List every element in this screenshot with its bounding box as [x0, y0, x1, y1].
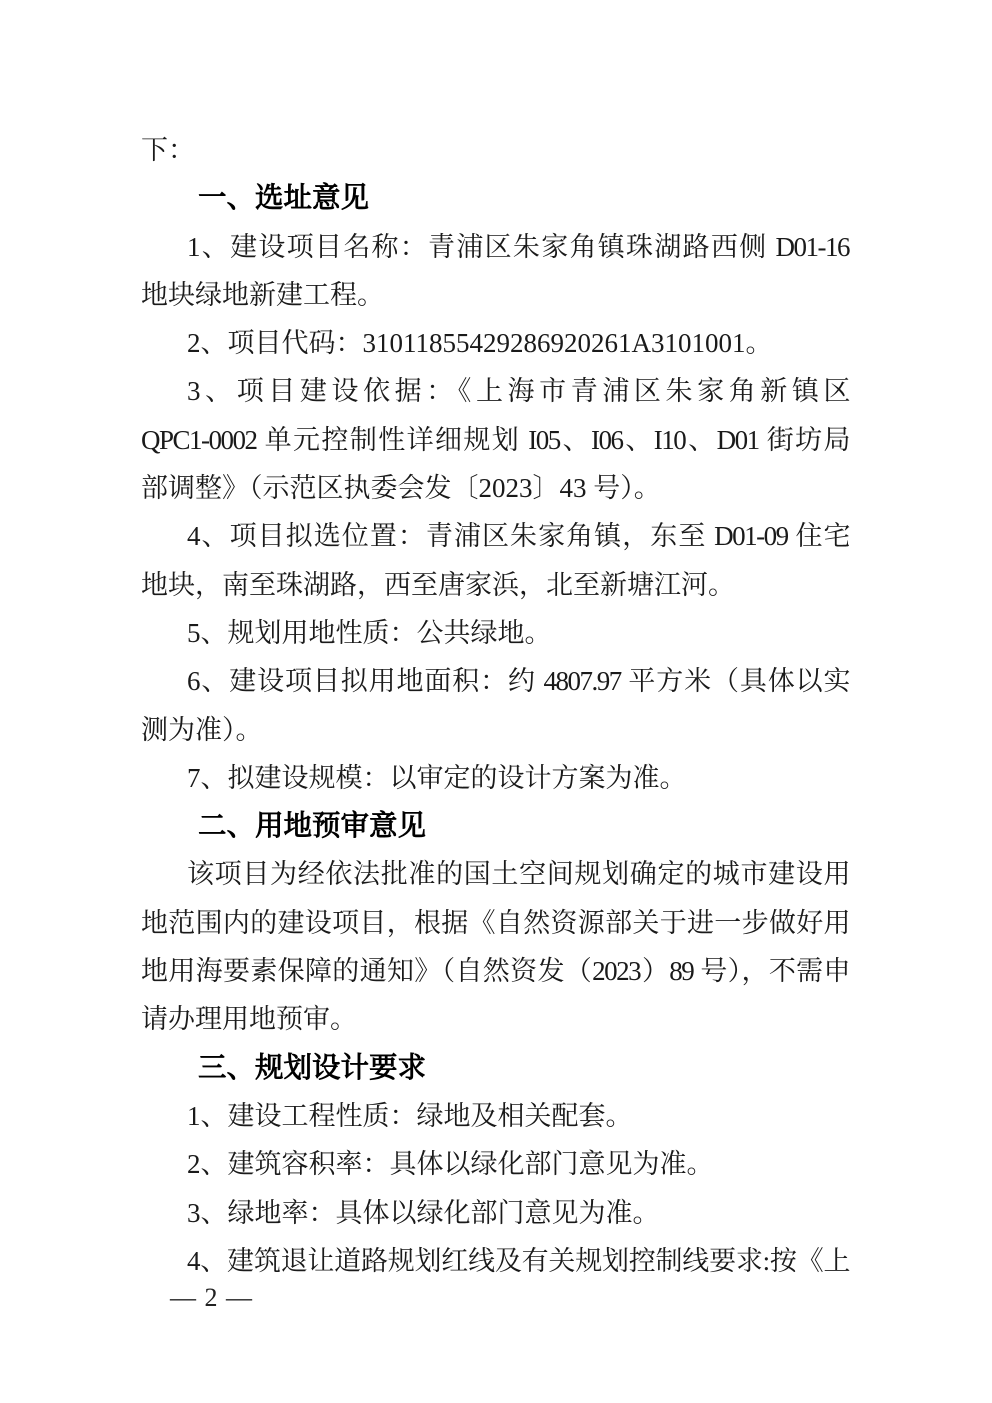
document-line: 地块绿地新建工程。 [141, 271, 849, 319]
document-line: 3、绿地率：具体以绿化部门意见为准。 [141, 1189, 849, 1237]
document-body: 下：一、选址意见1、建设项目名称：青浦区朱家角镇珠湖路西侧 D01-16地块绿地… [141, 126, 849, 1285]
document-line: 测为准）。 [141, 706, 849, 754]
document-line: 地块，南至珠湖路，西至唐家浜，北至新塘江河。 [141, 561, 849, 609]
document-line: 地范围内的建设项目，根据《自然资源部关于进一步做好用 [141, 899, 849, 947]
document-line: 2、建筑容积率：具体以绿化部门意见为准。 [141, 1140, 849, 1188]
document-line: 请办理用地预审。 [141, 995, 849, 1043]
document-line: 3、项目建设依据：《上海市青浦区朱家角新镇区 [141, 367, 849, 415]
document-line: 部调整》（示范区执委会发〔2023〕43 号）。 [141, 464, 849, 512]
section-heading: 二、用地预审意见 [141, 802, 849, 850]
document-line: 下： [141, 126, 849, 174]
document-line: 7、拟建设规模：以审定的设计方案为准。 [141, 754, 849, 802]
document-page: 下：一、选址意见1、建设项目名称：青浦区朱家角镇珠湖路西侧 D01-16地块绿地… [0, 0, 992, 1403]
document-line: 4、建筑退让道路规划红线及有关规划控制线要求:按《上 [141, 1237, 849, 1285]
document-line: 2、项目代码：31011855429286920261A3101001。 [141, 319, 849, 367]
document-line: 4、项目拟选位置：青浦区朱家角镇，东至 D01-09 住宅 [141, 512, 849, 560]
document-line: 1、建设工程性质：绿地及相关配套。 [141, 1092, 849, 1140]
document-line: 6、建设项目拟用地面积：约 4807.97 平方米（具体以实 [141, 657, 849, 705]
document-line: 1、建设项目名称：青浦区朱家角镇珠湖路西侧 D01-16 [141, 223, 849, 271]
section-heading: 三、规划设计要求 [141, 1044, 849, 1092]
section-heading: 一、选址意见 [141, 174, 849, 222]
document-line: QPC1-0002 单元控制性详细规划 I05、I06、I10、D01 街坊局 [141, 416, 849, 464]
page-number: — 2 — [170, 1281, 253, 1315]
document-line: 地用海要素保障的通知》（自然资发（2023）89 号），不需申 [141, 947, 849, 995]
document-line: 该项目为经依法批准的国土空间规划确定的城市建设用 [141, 850, 849, 898]
document-line: 5、规划用地性质：公共绿地。 [141, 609, 849, 657]
